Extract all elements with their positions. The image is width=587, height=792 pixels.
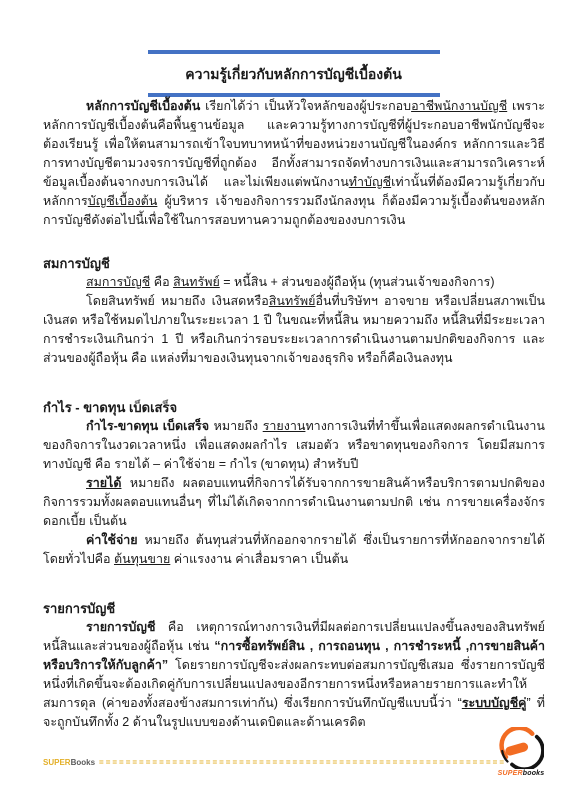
body-paragraph: ค่าใช้จ่าย หมายถึง ต้นทุนส่วนที่หักออกจา… [43, 531, 545, 569]
text-run: คือ [150, 275, 173, 289]
superbooks-logo-text: SUPERbooks [493, 769, 549, 778]
body-paragraph: กำไร-ขาดทุน เบ็ดเสร็จ หมายถึง รายงานทางก… [43, 417, 545, 474]
section-heading-transactions: รายการบัญชี [43, 599, 545, 618]
text-run: รายงาน [263, 419, 306, 433]
body-paragraph: รายการบัญชี คือ เหตุการณ์ทางการเงินที่มี… [43, 618, 545, 732]
text-run: หลักการบัญชีเบื้องต้น [86, 99, 200, 113]
text-run: สมการบัญชี [86, 275, 150, 289]
superbooks-logo: SUPERbooks [493, 727, 549, 778]
intro-paragraph: หลักการบัญชีเบื้องต้น เรียกได้ว่า เป็นหั… [43, 97, 545, 230]
text-run: กำไร-ขาดทุน เบ็ดเสร็จ [86, 419, 209, 433]
text-run: สินทรัพย์ [269, 294, 316, 308]
title-block: ความรู้เกี่ยวกับหลักการบัญชีเบื้องต้น [148, 50, 440, 97]
text-run: โดยสินทรัพย์ หมายถึง เงินสดหรือ [86, 294, 269, 308]
text-run: บัญชีเบื้องต้น [88, 194, 158, 208]
text-run: รายการบัญชี [86, 620, 155, 634]
footer-brand-books: Books [71, 758, 95, 768]
body-paragraph: โดยสินทรัพย์ หมายถึง เงินสดหรือสินทรัพย์… [43, 292, 545, 368]
text-run: ค่าใช้จ่าย [86, 533, 138, 547]
body-paragraph: สมการบัญชี คือ สินทรัพย์ = หนี้สิน + ส่ว… [43, 273, 545, 292]
text-run: สินทรัพย์ [173, 275, 220, 289]
logo-text-super: SUPER [498, 770, 523, 777]
superbooks-logo-icon [498, 727, 544, 769]
document-page: ความรู้เกี่ยวกับหลักการบัญชีเบื้องต้น หล… [0, 0, 587, 792]
footer-separator: ========================================… [99, 758, 505, 768]
swoosh-pill [504, 742, 529, 757]
footer-brand-super: SUPER [43, 758, 71, 768]
text-run: ระบบบัญชีคู่ [462, 696, 527, 710]
text-run: รายได้ [86, 476, 121, 490]
text-run: หมายถึง [209, 419, 263, 433]
body-paragraph: รายได้ หมายถึง ผลตอบแทนที่กิจการได้รับจา… [43, 474, 545, 531]
section-heading-accounting-equation: สมการบัญชี [43, 254, 545, 273]
text-run: ต้นทุนขาย [114, 552, 170, 566]
footer-brand-line: SUPERBooks==============================… [43, 758, 505, 768]
section-heading-profit-loss: กำไร - ขาดทุน เบ็ดเสร็จ [43, 398, 545, 417]
text-run: อาชีพนักงานบัญชี [411, 99, 507, 113]
logo-text-books: books [523, 770, 545, 777]
text-run: ทำบัญชี [349, 175, 391, 189]
text-run: ค่าแรงงาน ค่าเสื่อมราคา เป็นต้น [170, 552, 348, 566]
text-run: = หนี้สิน + ส่วนของผู้ถือหุ้น (ทุนส่วนเจ… [220, 275, 495, 289]
page-title: ความรู้เกี่ยวกับหลักการบัญชีเบื้องต้น [148, 54, 440, 93]
text-run: เรียกได้ว่า เป็นหัวใจหลักของผู้ประกอบ [200, 99, 411, 113]
